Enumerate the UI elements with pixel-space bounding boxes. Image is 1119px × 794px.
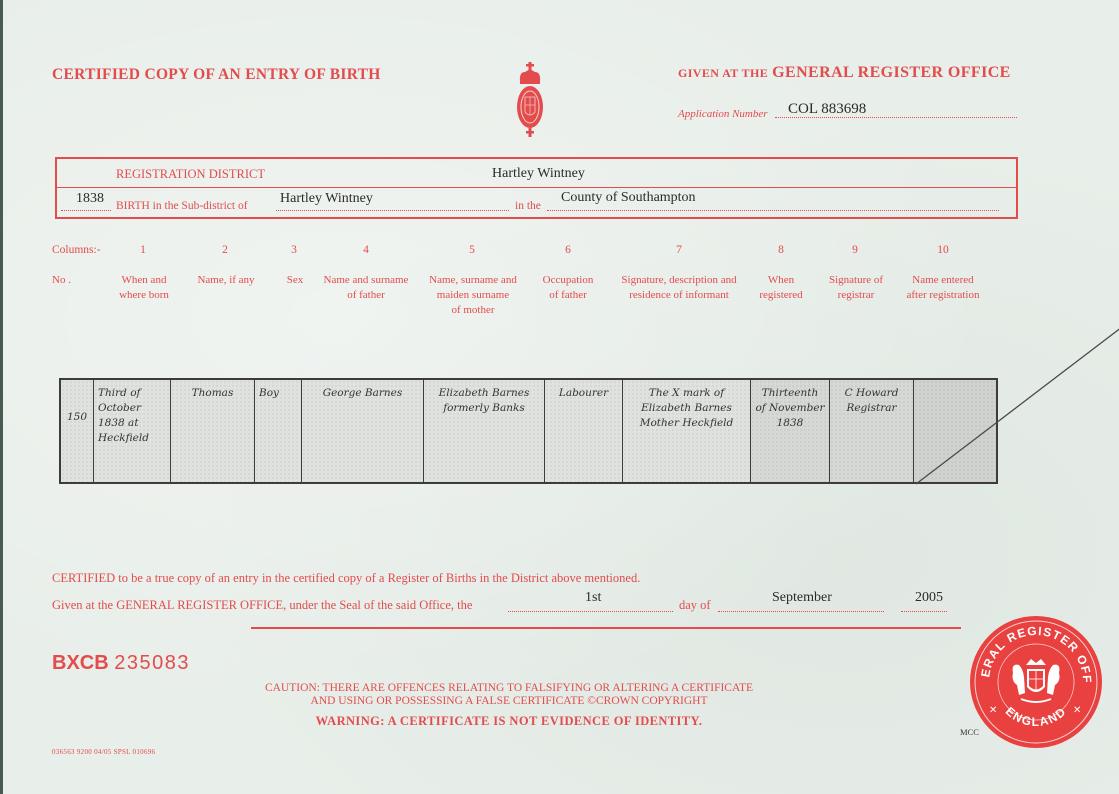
signature-rule [251, 627, 961, 629]
application-number-label: Application Number [678, 108, 768, 120]
column-number-3: 3 [284, 244, 304, 256]
general-register-office-label: GENERAL REGISTER OFFICE [772, 64, 1011, 81]
column-number-8: 8 [771, 244, 791, 256]
registration-district-label: REGISTRATION DISTRICT [116, 167, 265, 182]
entry-occupation: Labourer [545, 380, 623, 482]
royal-crest-icon [515, 60, 545, 144]
certificate-serial-number: BXCB 235083 [52, 652, 190, 675]
registration-box-divider [55, 187, 1018, 188]
entry-sex: Boy [255, 380, 302, 482]
county-value: County of Southampton [561, 190, 696, 206]
caution-line-2: AND USING OR POSSESSING A FALSE CERTIFIC… [251, 695, 767, 708]
application-number-value: COL 883698 [788, 101, 866, 118]
svg-text:✕: ✕ [1073, 705, 1081, 716]
year-line [61, 210, 111, 211]
column-number-4: 4 [356, 244, 376, 256]
subdistrict-value: Hartley Wintney [280, 191, 373, 207]
column-heading-no: No . [52, 273, 71, 288]
column-number-10: 10 [931, 244, 955, 256]
serial-prefix: BXCB [52, 652, 109, 674]
day-line [508, 611, 673, 612]
given-at-label: GIVEN AT THE [678, 66, 768, 80]
year-issue-line [901, 611, 947, 612]
issue-year: 2005 [915, 590, 943, 606]
certified-statement: CERTIFIED to be a true copy of an entry … [52, 571, 640, 586]
svg-text:✕: ✕ [989, 705, 997, 716]
columns-label: Columns:- [52, 244, 101, 256]
column-heading-10: Name entered after registration [895, 273, 991, 303]
column-heading-9: Signature of registrar [819, 273, 893, 303]
column-heading-8: When registered [751, 273, 811, 303]
registration-year: 1838 [76, 191, 104, 207]
entry-when-where-born: Third of October 1838 at Heckfield [94, 380, 171, 482]
column-number-6: 6 [558, 244, 578, 256]
entry-name: Thomas [171, 380, 255, 482]
column-heading-5: Name, surname and maiden surname of moth… [421, 273, 525, 318]
column-heading-2: Name, if any [185, 273, 267, 288]
identity-warning: WARNING: A CERTIFICATE IS NOT EVIDENCE O… [251, 714, 767, 729]
column-heading-4: Name and surname of father [316, 273, 416, 303]
issue-day: 1st [585, 590, 601, 606]
given-statement: Given at the GENERAL REGISTER OFFICE, un… [52, 598, 472, 613]
day-of-label: day of [679, 598, 711, 613]
column-heading-3: Sex [275, 273, 315, 288]
entry-informant: The X mark of Elizabeth Barnes Mother He… [623, 380, 751, 482]
entry-father: George Barnes [302, 380, 424, 482]
birth-certificate: CERTIFIED COPY OF AN ENTRY OF BIRTH GIVE… [0, 0, 1119, 794]
column-heading-1: When and where born [103, 273, 185, 303]
column-heading-6: Occupation of father [533, 273, 603, 303]
certificate-title: CERTIFIED COPY OF AN ENTRY OF BIRTH [52, 66, 381, 84]
caution-line-1: CAUTION: THERE ARE OFFENCES RELATING TO … [251, 682, 767, 695]
county-line [547, 210, 999, 211]
subdistrict-line [276, 210, 509, 211]
column-number-9: 9 [845, 244, 865, 256]
caution-notice: CAUTION: THERE ARE OFFENCES RELATING TO … [251, 682, 767, 708]
column-heading-7: Signature, description and residence of … [611, 273, 747, 303]
column-number-1: 1 [133, 244, 153, 256]
column-number-5: 5 [462, 244, 482, 256]
issue-month: September [772, 590, 832, 606]
month-line [718, 611, 884, 612]
general-register-office-seal-icon: GENERAL REGISTER OFFICE ENGLAND ✕ ✕ [969, 615, 1103, 749]
in-the-label: in the [515, 200, 541, 212]
entry-when-registered: Thirteenth of November 1838 [751, 380, 830, 482]
entry-mother: Elizabeth Barnes formerly Banks [424, 380, 545, 482]
serial-digits: 235083 [114, 652, 190, 674]
entry-number: 150 [61, 380, 94, 482]
column-number-2: 2 [215, 244, 235, 256]
register-entry-row: 150 Third of October 1838 at Heckfield T… [59, 378, 998, 484]
print-code: 036563 9200 04/05 SPSL 010696 [52, 748, 155, 756]
column-number-7: 7 [669, 244, 689, 256]
issuing-office-title: GIVEN AT THE GENERAL REGISTER OFFICE [678, 64, 1011, 82]
subdistrict-label: BIRTH in the Sub-district of [116, 200, 248, 212]
entry-name-after-registration [914, 380, 996, 482]
registration-district-value: Hartley Wintney [492, 166, 585, 182]
entry-registrar: C Howard Registrar [830, 380, 914, 482]
